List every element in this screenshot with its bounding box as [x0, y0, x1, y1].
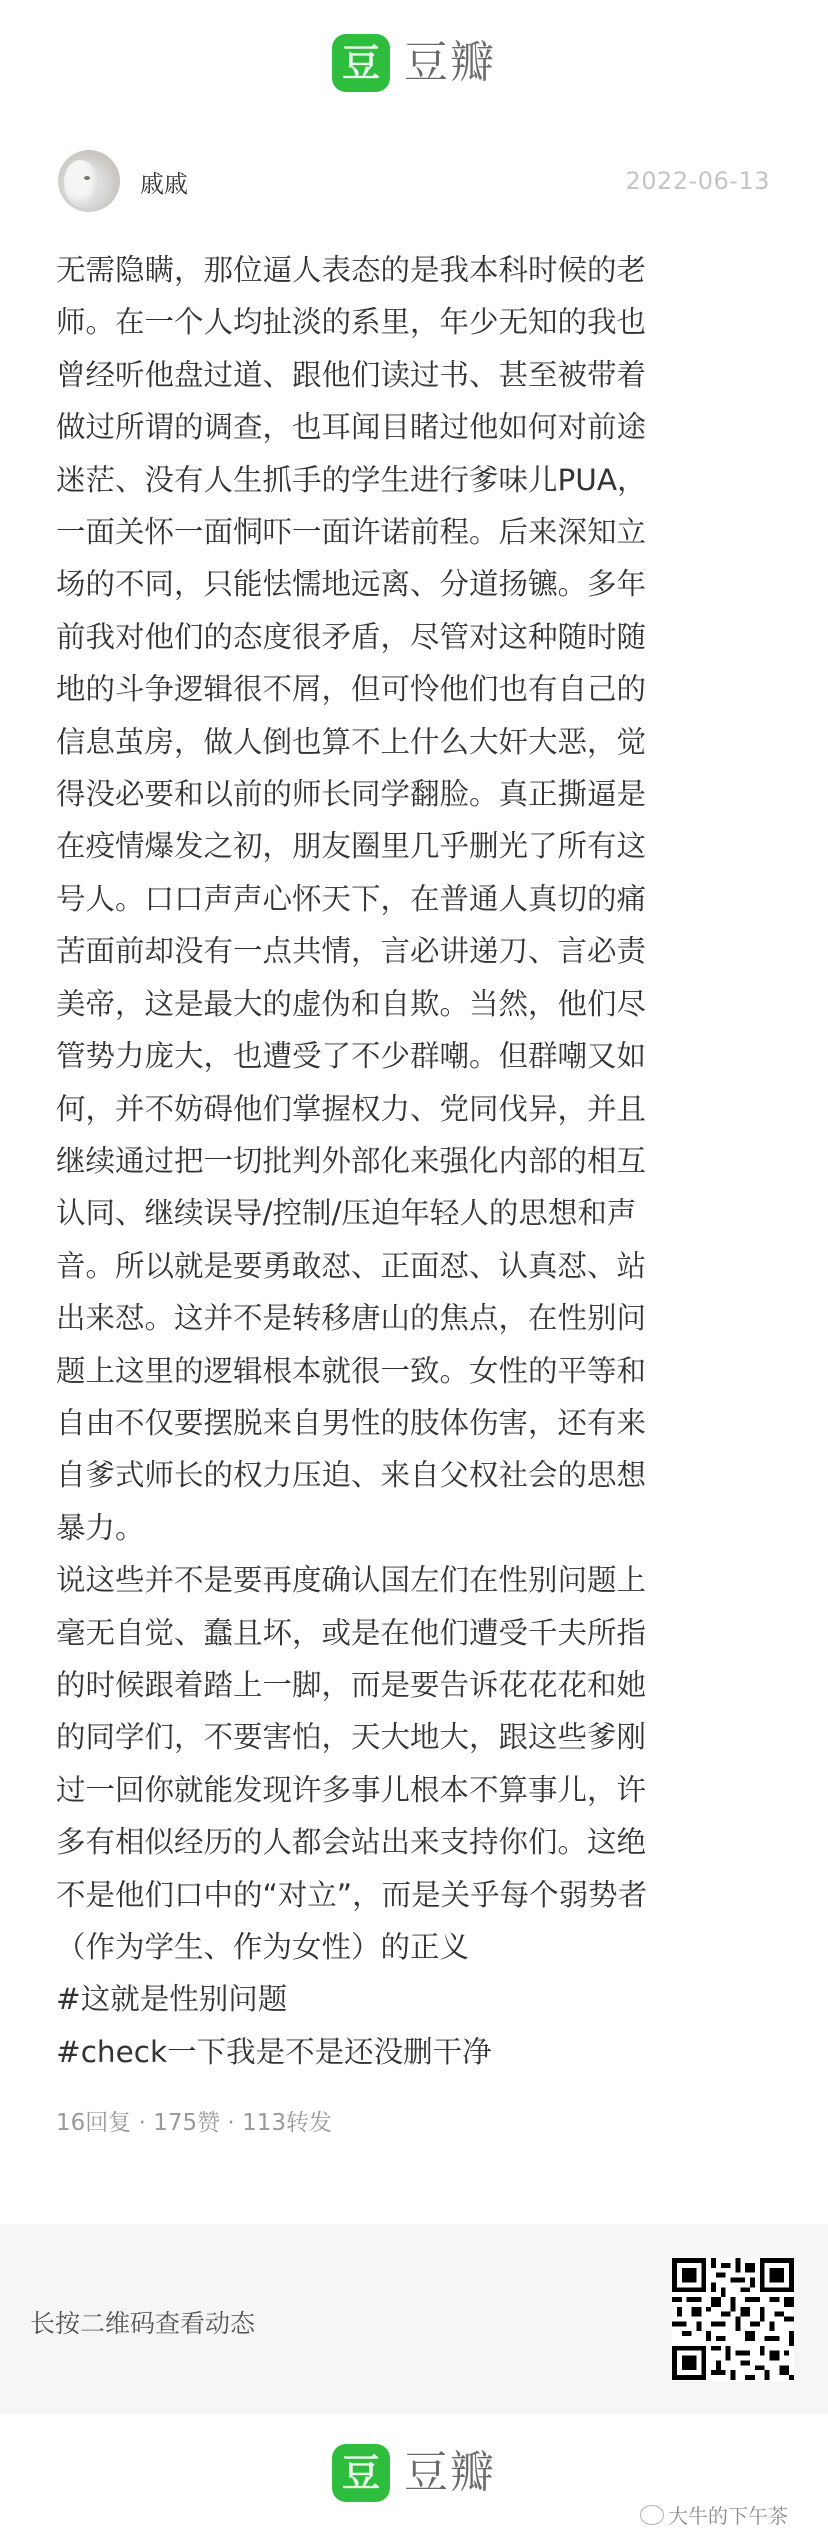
repost-count[interactable]: 113转发	[242, 2110, 332, 2136]
post-line: 得没必要和以前的师长同学翻脸。真正撕逼是	[56, 768, 772, 820]
post-line: 出来怼。这并不是转移唐山的焦点，在性别问	[56, 1292, 772, 1344]
post-line: 自由不仅要摆脱来自男性的肢体伤害，还有来	[56, 1397, 772, 1449]
avatar[interactable]	[58, 150, 120, 212]
post-line: 在疫情爆发之初，朋友圈里几乎删光了所有这	[56, 820, 772, 872]
qr-share-panel: 长按二维码查看动态	[0, 2224, 828, 2414]
post-line: 信息茧房，做人倒也算不上什么大奸大恶，觉	[56, 716, 772, 768]
avatar-eye-detail	[84, 176, 90, 180]
post-line: 说这些并不是要再度确认国左们在性别问题上	[56, 1554, 772, 1606]
brand-name: 豆瓣	[404, 41, 496, 85]
post-line: 题上这里的逻辑根本就很一致。女性的平等和	[56, 1345, 772, 1397]
post-line: 苦面前却没有一点共情，言必讲递刀、言必责	[56, 925, 772, 977]
post-date: 2022-06-13	[626, 167, 770, 195]
post-line: 继续通过把一切批判外部化来强化内部的相互	[56, 1135, 772, 1187]
post-line: 号人。口口声声心怀天下，在普通人真切的痛	[56, 873, 772, 925]
logo-glyph: 豆	[342, 44, 380, 82]
post-line: 的时候跟着踏上一脚，而是要告诉花花花和她	[56, 1659, 772, 1711]
stats-separator: ·	[220, 2110, 242, 2136]
author-name[interactable]: 戚戚	[140, 164, 188, 199]
like-count[interactable]: 175赞	[153, 2110, 220, 2136]
qr-hint-text: 长按二维码查看动态	[30, 2304, 255, 2340]
post-line: （作为学生、作为女性）的正义	[56, 1921, 772, 1973]
post-line: 毫无自觉、蠢且坏，或是在他们遭受千夫所指	[56, 1607, 772, 1659]
douban-header-logo: 豆 豆瓣	[0, 33, 828, 93]
post-line: 暴力。	[56, 1502, 772, 1554]
post-line: 地的斗争逻辑很不屑，但可怜他们也有自己的	[56, 663, 772, 715]
wechat-official-account-icon	[640, 2505, 664, 2525]
post-line: 美帝，这是最大的虚伪和自欺。当然，他们尽	[56, 978, 772, 1030]
source-watermark: 大牛的下午茶	[640, 2500, 788, 2529]
post-author-row: 戚戚 2022-06-13	[58, 150, 770, 212]
brand-name: 豆瓣	[404, 2451, 496, 2495]
post-line: 一面关怀一面恫吓一面许诺前程。后来深知立	[56, 506, 772, 558]
post-line: 无需隐瞒，那位逼人表态的是我本科时候的老	[56, 244, 772, 296]
post-body: 无需隐瞒，那位逼人表态的是我本科时候的老 师。在一个人均扯淡的系里，年少无知的我…	[56, 244, 772, 2078]
post-line: 的同学们，不要害怕，天大地大，跟这些爹刚	[56, 1711, 772, 1763]
post-line: 认同、继续误导/控制/压迫年轻人的思想和声	[56, 1187, 772, 1239]
hashtag-link[interactable]: #check一下我是不是还没删干净	[56, 2026, 772, 2078]
hashtag-link[interactable]: #这就是性别问题	[56, 1973, 772, 2025]
post-line: 前我对他们的态度很矛盾，尽管对这种随时随	[56, 611, 772, 663]
qr-code-icon[interactable]	[672, 2257, 794, 2381]
post-line: 场的不同，只能怯懦地远离、分道扬镳。多年	[56, 558, 772, 610]
post-line: 师。在一个人均扯淡的系里，年少无知的我也	[56, 296, 772, 348]
post-line: 曾经听他盘过道、跟他们读过书、甚至被带着	[56, 349, 772, 401]
douban-logo-icon: 豆	[332, 2444, 390, 2502]
stats-separator: ·	[131, 2110, 153, 2136]
post-line: 过一回你就能发现许多事儿根本不算事儿，许	[56, 1764, 772, 1816]
avatar-cat-icon	[64, 160, 100, 208]
watermark-text: 大牛的下午茶	[668, 2500, 788, 2529]
post-line: 何，并不妨碍他们掌握权力、党同伐异，并且	[56, 1083, 772, 1135]
douban-footer-logo: 豆 豆瓣	[0, 2443, 828, 2503]
post-line: 迷茫、没有人生抓手的学生进行爹味儿PUA，	[56, 454, 772, 506]
reply-count[interactable]: 16回复	[56, 2110, 131, 2136]
post-line: 做过所谓的调查，也耳闻目睹过他如何对前途	[56, 401, 772, 453]
post-stats: 16回复 · 175赞 · 113转发	[56, 2104, 332, 2137]
post-line: 管势力庞大，也遭受了不少群嘲。但群嘲又如	[56, 1030, 772, 1082]
post-line: 自爹式师长的权力压迫、来自父权社会的思想	[56, 1449, 772, 1501]
post-line: 不是他们口中的“对立”，而是关乎每个弱势者	[56, 1869, 772, 1921]
post-line: 音。所以就是要勇敢怼、正面怼、认真怼、站	[56, 1240, 772, 1292]
logo-glyph: 豆	[342, 2454, 380, 2492]
douban-logo-icon: 豆	[332, 34, 390, 92]
post-line: 多有相似经历的人都会站出来支持你们。这绝	[56, 1816, 772, 1868]
